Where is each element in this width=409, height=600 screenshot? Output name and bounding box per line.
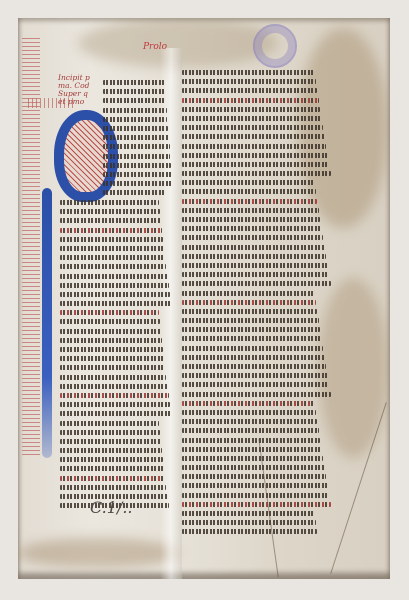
text-line — [103, 108, 167, 113]
text-line — [182, 134, 325, 139]
text-line — [182, 272, 329, 277]
text-line — [60, 246, 164, 251]
text-line — [182, 355, 325, 360]
text-line — [182, 199, 317, 204]
text-line — [60, 200, 159, 205]
text-line — [60, 365, 165, 370]
initial-tail — [42, 188, 52, 458]
text-line — [103, 117, 167, 122]
text-line — [60, 421, 159, 426]
text-line — [103, 98, 166, 103]
text-line — [60, 439, 161, 444]
text-line — [182, 438, 320, 443]
left-text-column-top — [103, 80, 173, 195]
text-line — [182, 428, 319, 433]
text-line — [182, 410, 316, 415]
text-line — [60, 283, 169, 288]
text-line — [60, 393, 169, 398]
text-line — [182, 281, 331, 286]
text-line — [60, 430, 160, 435]
text-line — [60, 485, 166, 490]
text-line — [60, 237, 163, 242]
text-line — [60, 411, 171, 416]
text-line — [60, 255, 165, 260]
text-line — [182, 235, 323, 240]
text-line — [182, 208, 319, 213]
text-line — [182, 88, 317, 93]
pencil-shelfmark: C.1/.. — [90, 498, 133, 517]
text-line — [60, 457, 163, 462]
text-line — [182, 125, 323, 130]
text-line — [103, 126, 168, 131]
text-line — [182, 474, 326, 479]
text-line — [103, 144, 170, 149]
text-line — [182, 217, 320, 222]
text-line — [103, 135, 169, 140]
text-line — [182, 483, 328, 488]
text-line — [103, 80, 165, 85]
text-line — [182, 456, 323, 461]
text-line — [60, 356, 164, 361]
text-line — [60, 375, 166, 380]
text-line — [182, 107, 320, 112]
manuscript-page: Prolo Incipit p ma. Cod Super q et pmo C… — [18, 18, 390, 579]
text-line — [60, 264, 166, 269]
text-line — [60, 476, 165, 481]
text-line — [182, 465, 325, 470]
text-line — [182, 254, 326, 259]
text-line — [103, 181, 172, 186]
text-line — [60, 301, 171, 306]
text-line — [182, 529, 317, 534]
text-line — [182, 419, 317, 424]
text-line — [182, 382, 329, 387]
text-line — [182, 392, 331, 397]
text-line — [103, 154, 170, 159]
right-text-column — [182, 70, 332, 534]
left-text-column — [60, 200, 172, 508]
text-line — [182, 373, 328, 378]
text-line — [182, 346, 323, 351]
text-line — [103, 89, 165, 94]
text-line — [182, 79, 316, 84]
text-line — [60, 218, 161, 223]
text-line — [182, 98, 319, 103]
text-line — [60, 274, 168, 279]
text-line — [182, 162, 329, 167]
text-line — [182, 189, 316, 194]
text-line — [182, 70, 314, 75]
text-line — [182, 502, 331, 507]
text-line — [60, 466, 164, 471]
text-line — [182, 327, 320, 332]
incipit: Incipit p ma. Cod Super q et pmo — [58, 74, 90, 106]
text-line — [60, 310, 159, 315]
text-line — [182, 144, 326, 149]
text-line — [60, 338, 162, 343]
text-line — [60, 347, 163, 352]
text-line — [60, 329, 161, 334]
text-line — [182, 153, 328, 158]
text-line — [182, 493, 329, 498]
text-line — [182, 511, 314, 516]
text-line — [182, 336, 322, 341]
text-line — [60, 228, 162, 233]
text-line — [182, 447, 322, 452]
text-line — [182, 318, 319, 323]
text-line — [60, 384, 168, 389]
text-line — [60, 292, 170, 297]
text-line — [182, 116, 322, 121]
text-line — [182, 291, 314, 296]
text-line — [182, 309, 317, 314]
text-line — [182, 226, 322, 231]
text-line — [60, 402, 170, 407]
text-line — [182, 401, 314, 406]
text-line — [182, 245, 325, 250]
text-line — [182, 300, 316, 305]
library-stamp-icon — [253, 24, 297, 68]
text-line — [182, 263, 328, 268]
text-line — [60, 319, 160, 324]
bottom-stain — [18, 538, 178, 568]
text-line — [103, 190, 165, 195]
text-line — [103, 163, 171, 168]
text-line — [182, 171, 331, 176]
text-line — [60, 448, 162, 453]
text-line — [60, 209, 160, 214]
text-line — [103, 172, 172, 177]
incipit-line: et pmo — [58, 98, 90, 106]
text-line — [182, 520, 316, 525]
rubric-heading: Prolo — [143, 42, 167, 52]
text-line — [182, 364, 326, 369]
text-line — [182, 180, 314, 185]
